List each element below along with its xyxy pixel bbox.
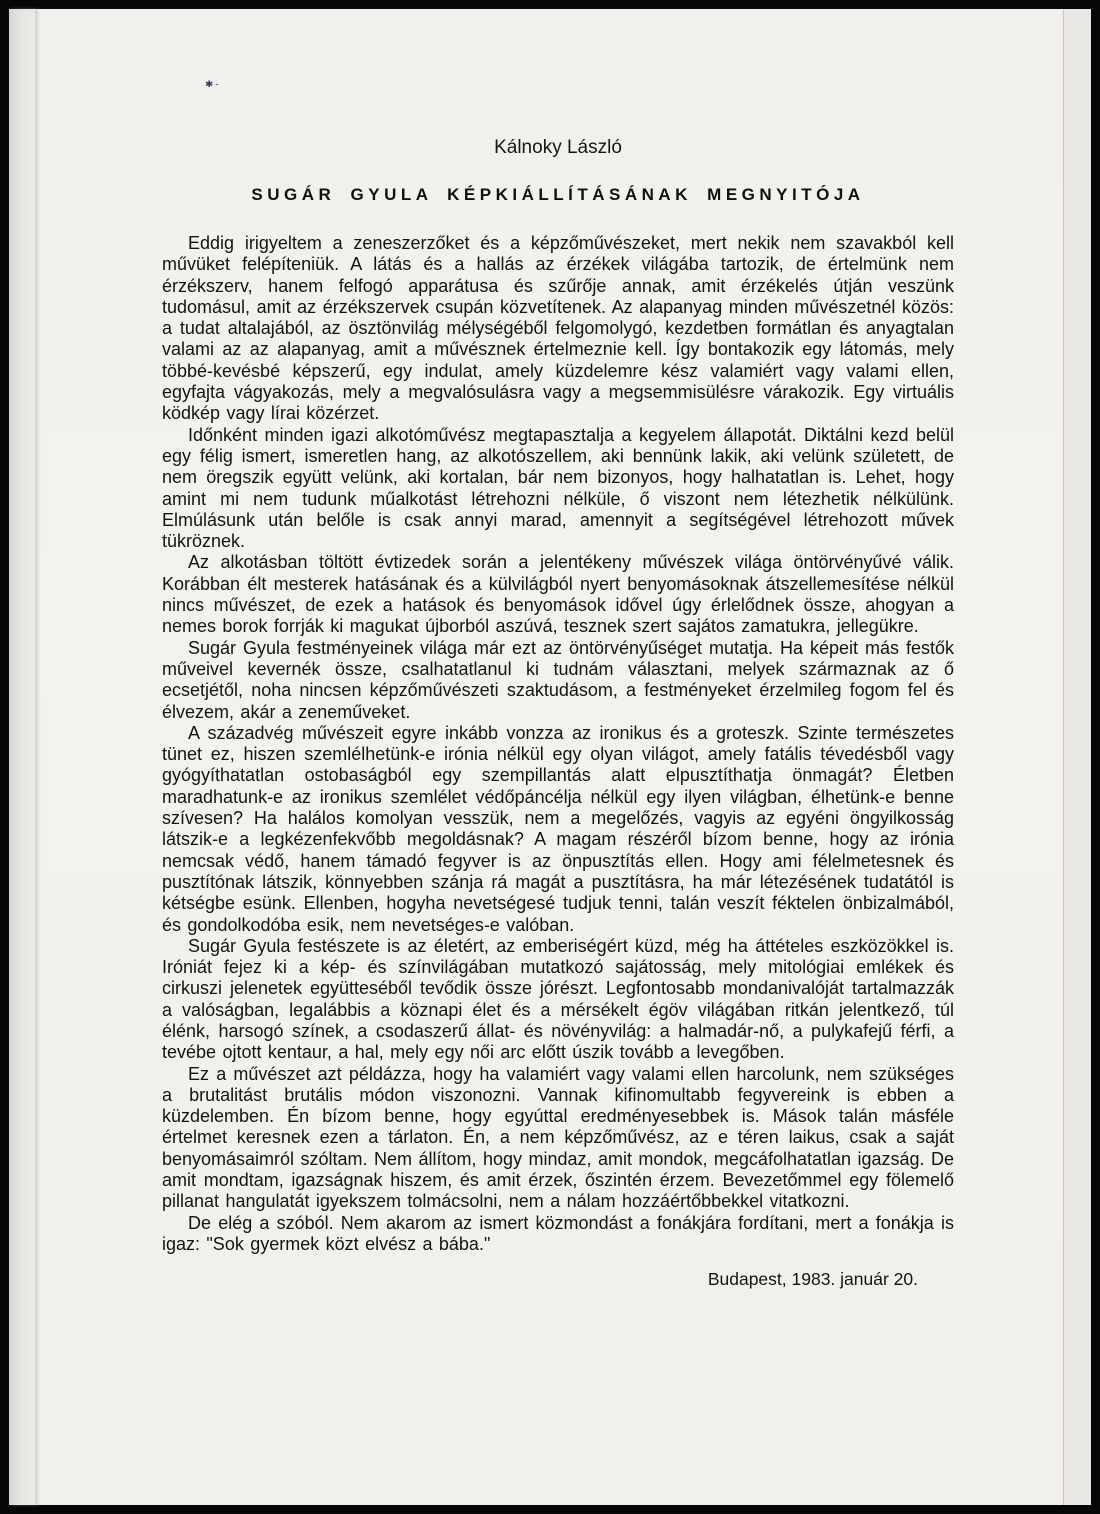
document-page: ✱- Kálnoky László SUGÁR GYULA KÉPKIÁLLÍT… (9, 9, 1091, 1505)
paragraph-8: De elég a szóból. Nem akarom az ismert k… (162, 1213, 954, 1256)
document-content: Kálnoky László SUGÁR GYULA KÉPKIÁLLÍTÁSÁ… (162, 137, 954, 1290)
body-text: Eddig irigyeltem a zeneszerzőket és a ké… (162, 233, 954, 1255)
author-line: Kálnoky László (162, 137, 954, 159)
ink-mark: ✱- (205, 80, 221, 90)
paragraph-3: Az alkotásban töltött évtizedek során a … (162, 552, 954, 637)
page-left-binding-edge (9, 9, 36, 1505)
page-right-edge (1063, 9, 1091, 1505)
paragraph-5: A századvég művészeit egyre inkább vonzz… (162, 723, 954, 936)
paragraph-4: Sugár Gyula festményeinek világa már ezt… (162, 638, 954, 723)
paragraph-6: Sugár Gyula festészete is az életért, az… (162, 936, 954, 1064)
paragraph-1: Eddig irigyeltem a zeneszerzőket és a ké… (162, 233, 954, 425)
paragraph-2: Időnként minden igazi alkotóművész megta… (162, 425, 954, 553)
dateline: Budapest, 1983. január 20. (162, 1269, 954, 1290)
page-title: SUGÁR GYULA KÉPKIÁLLÍTÁSÁNAK MEGNYITÓJA (162, 185, 954, 205)
scanned-document-frame: ✱- Kálnoky László SUGÁR GYULA KÉPKIÁLLÍT… (0, 0, 1100, 1514)
paragraph-7: Ez a művészet azt példázza, hogy ha vala… (162, 1064, 954, 1213)
